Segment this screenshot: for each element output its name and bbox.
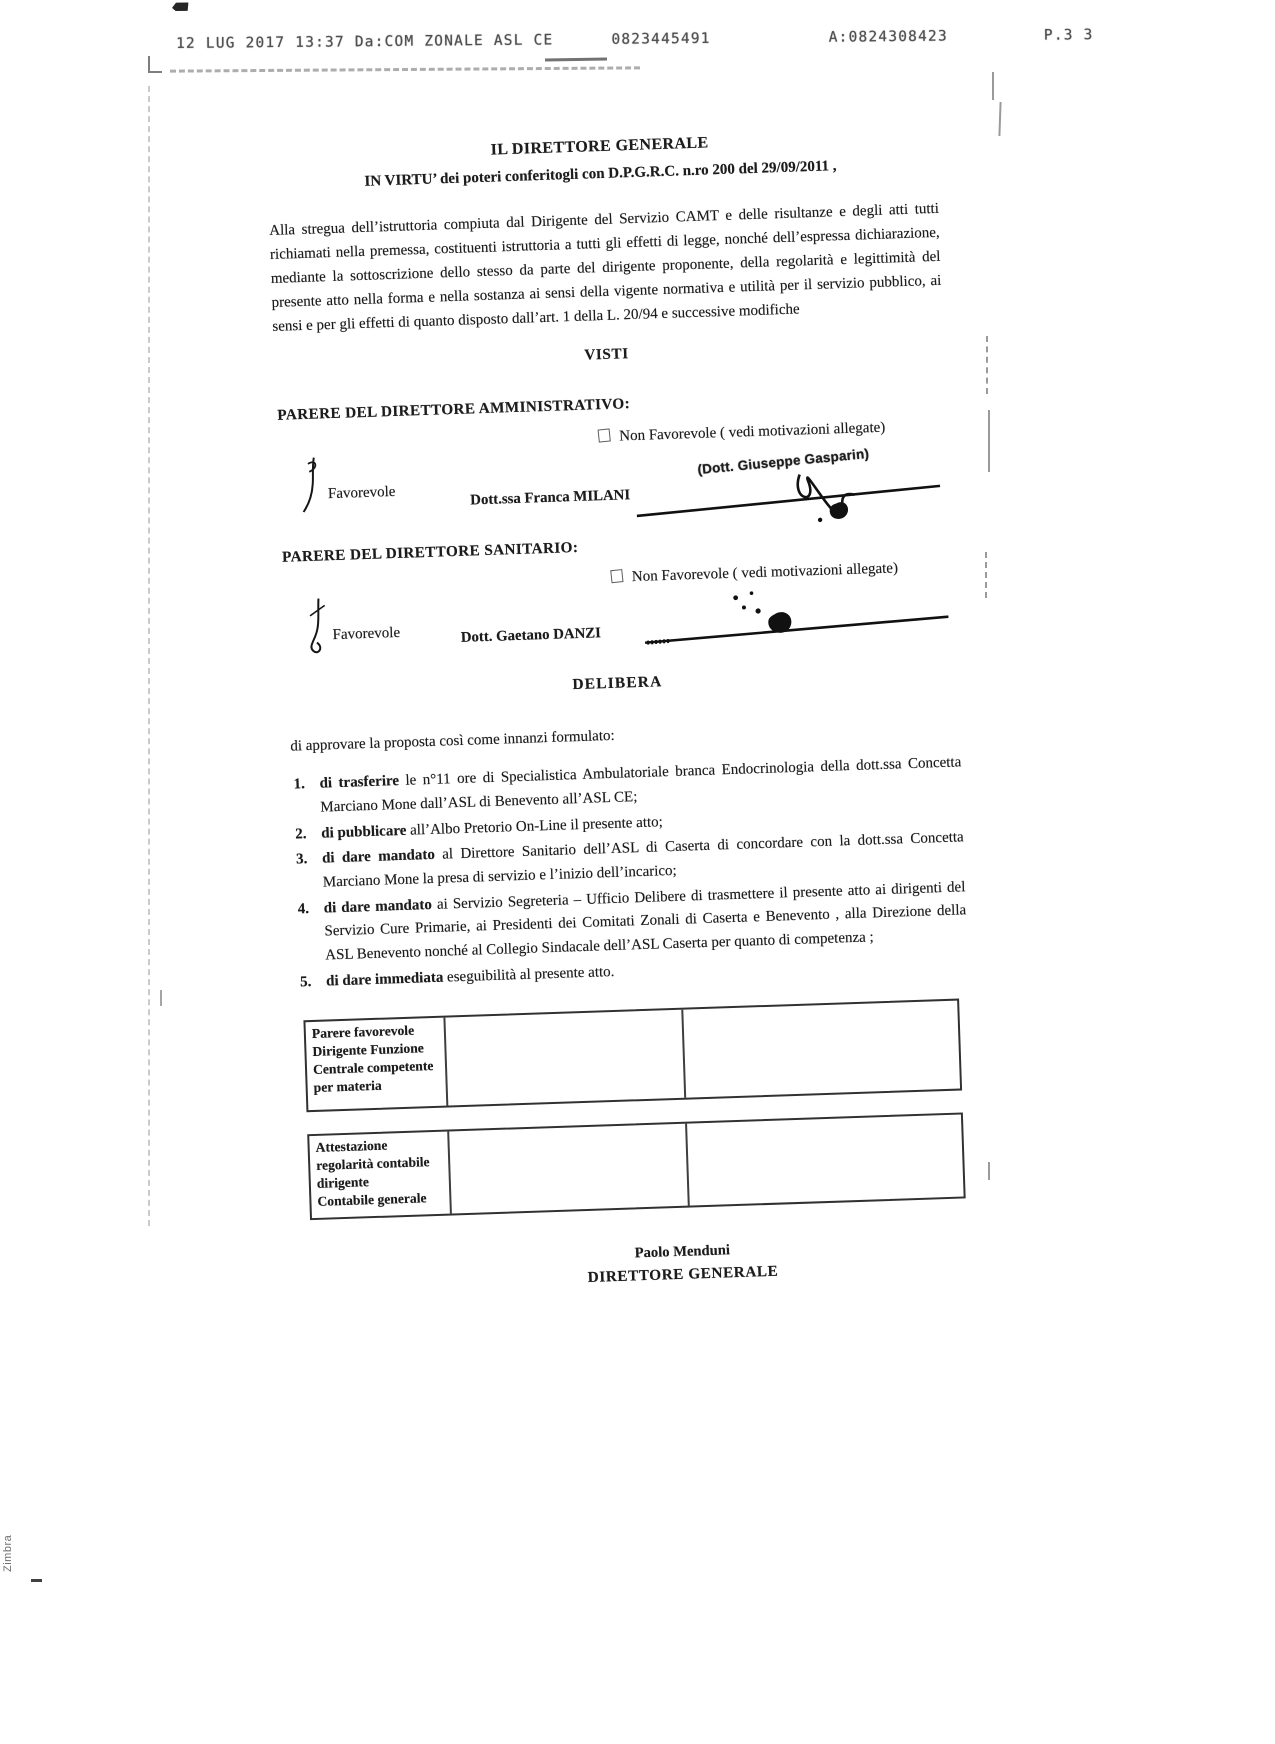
right-margin-mark — [992, 72, 994, 100]
document-body: IL DIRETTORE GENERALE IN VIRTU’ dei pote… — [258, 117, 978, 1300]
table-label-cell: Parere favorevole Dirigente Funzione Cen… — [305, 1018, 448, 1111]
scanned-fax-page: 12 LUG 2017 13:37 Da:COM ZONALE ASL CE 0… — [0, 0, 1275, 1744]
table-empty-cell — [687, 1115, 964, 1206]
fax-page-count: P.3 3 — [1044, 27, 1094, 43]
visti-heading: VISTI — [265, 331, 947, 378]
item-number: 2. — [295, 823, 307, 847]
table-empty-cell — [449, 1124, 690, 1214]
intro-paragraph: Alla stregua dell’istruttoria compiuta d… — [261, 196, 947, 339]
item-lead: di dare mandato — [323, 897, 432, 917]
scan-underline-mark — [545, 57, 607, 61]
table-label-line: Contabile generale — [317, 1189, 446, 1211]
right-margin-mark — [988, 1162, 990, 1180]
item-lead: di dare mandato — [322, 847, 435, 867]
item-lead: di trasferire — [319, 773, 399, 792]
table-label-cell: Attestazione regolarità contabile dirige… — [309, 1132, 452, 1219]
fax-number-to: A:0824308423 — [829, 29, 948, 46]
attestazione-contabile-table: Attestazione regolarità contabile dirige… — [307, 1113, 965, 1221]
right-margin-mark — [985, 552, 987, 598]
signature-scribble — [639, 574, 953, 652]
fax-datetime-sender: 12 LUG 2017 13:37 Da:COM ZONALE ASL CE — [176, 32, 553, 52]
item-number: 3. — [296, 848, 308, 872]
right-margin-mark — [998, 102, 1001, 136]
right-margin-mark — [988, 410, 990, 472]
checkbox-icon — [598, 429, 611, 443]
item-number: 4. — [297, 898, 309, 922]
checkbox-icon — [610, 569, 623, 583]
table-empty-cell — [445, 1010, 686, 1106]
fax-header: 12 LUG 2017 13:37 Da:COM ZONALE ASL CE 0… — [176, 29, 956, 52]
table-label-line: per materia — [313, 1075, 442, 1097]
fax-number-from: 0823445491 — [611, 31, 710, 48]
table-empty-cell — [683, 1001, 960, 1098]
item-lead: di pubblicare — [321, 822, 407, 841]
item-number: 1. — [293, 773, 305, 797]
left-margin-fold-line — [148, 86, 150, 1226]
item-text: all’Albo Pretorio On-Line il presente at… — [406, 814, 663, 838]
scan-corner-mark — [148, 56, 162, 73]
right-margin-mark — [986, 336, 988, 394]
item-text: eseguibilità al presente atto. — [443, 964, 615, 986]
delibera-heading: DELIBERA — [276, 660, 958, 707]
zimbra-watermark: Zimbra — [2, 1535, 14, 1572]
non-favorevole-label: Non Favorevole ( vedi motivazioni allega… — [619, 420, 886, 445]
left-margin-mark — [160, 990, 162, 1006]
footer-signature-block: Paolo Menduni DIRETTORE GENERALE — [341, 1231, 1024, 1298]
ink-mark — [171, 1, 189, 14]
signer-name-amministrativo: Dott.ssa Franca MILANI — [470, 484, 631, 513]
item-number: 5. — [300, 971, 312, 995]
signature-scribble — [631, 450, 945, 532]
ink-mark — [31, 1579, 42, 1582]
delibera-intro: di approvare la proposta così come innan… — [278, 713, 960, 760]
item-lead: di dare immediata — [326, 969, 444, 989]
delibera-list: 1.di trasferire le n°11 ore di Specialis… — [279, 752, 968, 996]
scan-dashed-line — [170, 66, 640, 72]
parere-favorevole-table: Parere favorevole Dirigente Funzione Cen… — [303, 999, 962, 1113]
signer-name-sanitario: Dott. Gaetano DANZI — [460, 622, 601, 650]
